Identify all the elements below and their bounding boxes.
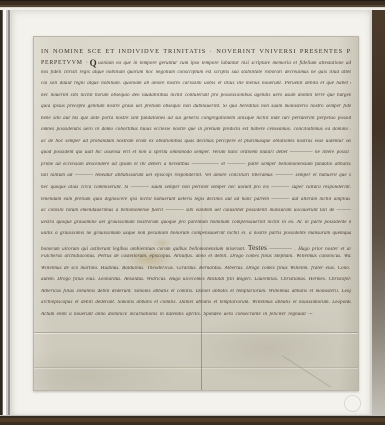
manuscript-line: omnes possidendis uero in domo cohortibu…: [41, 127, 351, 139]
manuscript-line: PERPETVVM ·Quoniam ea que in tempore ger…: [41, 58, 351, 70]
frame-top-edge: [0, 0, 385, 10]
manuscript-text-block: IN NOMINE SCE ET INDIVIDVE TRINITATIS · …: [41, 45, 351, 324]
manuscript-line: Willelmus de sco martino. Hudinus. Baldu…: [41, 266, 351, 278]
manuscript-line: uallis a grauissimis ne grauissimum usqu…: [41, 231, 351, 243]
manuscript-line: bonorum uirorum qui astiterunt legibus a…: [41, 243, 351, 255]
manuscript-line: Fulcherus archidiaconus. Petrus de caste…: [41, 254, 351, 266]
fold-line-horizontal-1: [34, 332, 358, 333]
manuscript-line: cui soli dauid regni atque nobilium. quo…: [41, 81, 351, 93]
frame-right-edge: [370, 0, 385, 425]
parchment-document: IN NOMINE SCE ET INDIVIDVE TRINITATIS · …: [33, 36, 359, 391]
fold-line-horizontal-2: [34, 367, 358, 368]
fold-line-vertical: [201, 187, 202, 390]
manuscript-line: Actum enim a nouerunt anno dominice inca…: [41, 312, 351, 324]
manuscript-line: bene sibi aut his que ante porta nostre …: [41, 116, 351, 128]
manuscript-line: hec quoque alias circa commiserunt. Si —…: [41, 185, 351, 197]
crease-diagonal: [282, 355, 331, 387]
manuscript-line: tenendam eam pretium quia dignoscere ips…: [41, 197, 351, 209]
manuscript-line: uestra quoque grauamine uel grauissimum …: [41, 220, 351, 232]
manuscript-line: archiepiscopus et debiti dederunt. Simon…: [41, 300, 351, 312]
manuscript-line: nos fideli christi regis atque nobilium …: [41, 70, 351, 82]
manuscript-line: prime ad ecclesiam descendere ad ipsum e…: [41, 162, 351, 174]
manuscript-line: Albericus filius Johannis debiti dederun…: [41, 289, 351, 301]
manuscript-line: ac consilii totum emendauerimus a bellom…: [41, 208, 351, 220]
embossed-stamp: [344, 395, 361, 412]
manuscript-line: quod possident qui uult hic assensu erit…: [41, 150, 351, 162]
manuscript-line: IN NOMINE SCE ET INDIVIDVE TRINITATIS · …: [41, 45, 351, 58]
manuscript-line: tali tantum ad ———— teneatur abbatissaru…: [41, 173, 351, 185]
manuscript-line: autem. Drogo filius eius. Leonardus. Ans…: [41, 277, 351, 289]
manuscript-line: quia ipsius precepto genitum nostre grau…: [41, 104, 351, 116]
manuscript-line: nec nouerint sibi nichil horum obsequio …: [41, 93, 351, 105]
frame-bottom-edge: [0, 415, 385, 425]
framed-charter-photo: IN NOMINE SCE ET INDIVIDVE TRINITATIS · …: [0, 0, 385, 425]
manuscript-line: ac de hoc semper ad probandam nostram er…: [41, 139, 351, 151]
frame-left-edge: [0, 0, 12, 425]
